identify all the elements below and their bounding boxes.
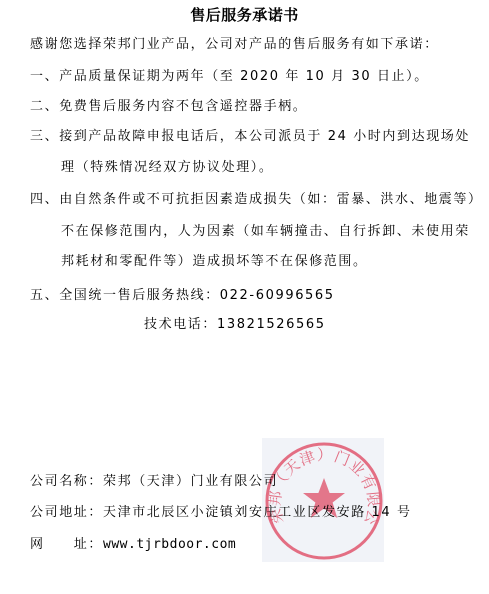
item-2: 二、免费售后服务内容不包含遥控器手柄。 (30, 99, 307, 115)
item-5-hotline: 五、全国统一售后服务热线：022-60996565 (30, 288, 335, 304)
company-address: 公司地址：天津市北辰区小淀镇刘安庄工业区发安路 14 号 (30, 505, 412, 521)
document-title: 售后服务承诺书 (0, 4, 489, 25)
website-label: 网 址： (30, 537, 103, 552)
item-4-continuation-2: 邦耗材和零配件等）造成损坏等不在保修范围。 (61, 254, 368, 270)
intro-text: 感谢您选择荣邦门业产品，公司对产品的售后服务有如下承诺： (30, 37, 439, 53)
website-link[interactable]: www.tjrbdoor.com (103, 537, 236, 552)
item-1: 一、产品质量保证期为两年（至 2020 年 10 月 30 日止）。 (30, 69, 429, 85)
seal-ring-icon: 荣邦（天津）门业有限公司 (262, 438, 384, 562)
item-3-continuation: 理（特殊情况经双方协议处理）。 (61, 160, 274, 176)
website-row: 网 址：www.tjrbdoor.com (30, 537, 236, 553)
item-3: 三、接到产品故障申报电话后，本公司派员于 24 小时内到达现场处 (30, 129, 470, 145)
company-name: 公司名称：荣邦（天津）门业有限公司 (30, 474, 278, 490)
tech-phone: 技术电话：13821526565 (144, 317, 326, 333)
item-4: 四、由自然条件或不可抗拒因素造成损失（如：雷暴、洪水、地震等） (30, 192, 483, 208)
company-seal: 荣邦（天津）门业有限公司 (262, 438, 384, 562)
item-4-continuation: 不在保修范围内，人为因素（如车辆撞击、自行拆卸、未使用荣 (61, 224, 470, 240)
